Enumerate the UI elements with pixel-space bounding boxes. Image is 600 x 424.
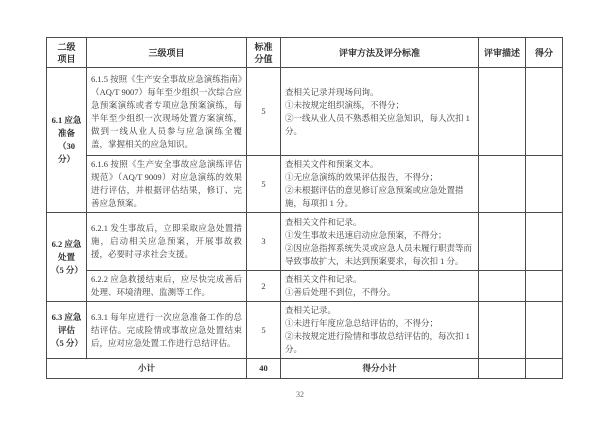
review-desc-cell xyxy=(479,156,526,213)
points-cell xyxy=(526,359,563,379)
points-cell xyxy=(526,156,563,213)
header-standard-score: 标准 分值 xyxy=(247,38,281,68)
review-desc-cell xyxy=(479,68,526,156)
criteria-6-1-6: 查相关文件和预案文本。 ①无应急演练的效果评估报告，不得分； ②未根据评估的意见… xyxy=(281,156,479,213)
score-6-3-1: 5 xyxy=(247,302,281,359)
criteria-6-3-1: 查相关记录。 ①未进行年度应急总结评估的，不得分； ②未按规定进行险情和事故总结… xyxy=(281,302,479,359)
criteria-6-2-2: 查相关文件和记录。 ①善后处理不到位，不得分。 xyxy=(281,271,479,302)
item-6-2-1: 6.2.1 发生事故后，立即采取应急处置措施，启动相关应急预案，开展事故救援，必… xyxy=(87,213,247,271)
item-6-1-6: 6.1.6 按照《生产安全事故应急演练评估规范》（AQ/T 9009）对应急演练… xyxy=(87,156,247,213)
table-row: 6.2.2 应急救援结束后，应尽快完成善后处理、环境清理、监测等工作。 2 查相… xyxy=(47,271,563,302)
header-level2-project: 二级 项目 xyxy=(47,38,87,68)
table-row: 6.1 应急 准备 （30 分） 6.1.5 按照《生产安全事故应急演练指南》（… xyxy=(47,68,563,156)
criteria-6-2-1: 查相关文件和记录。 ①发生事故未迅速启动应急预案，不得分； ②因应急指挥系统失灵… xyxy=(281,213,479,271)
score-6-1-5: 5 xyxy=(247,68,281,156)
header-review-method: 评审方法及评分标准 xyxy=(281,38,479,68)
header-review-description: 评审描述 xyxy=(479,38,526,68)
category-6-3: 6.3 应急 评估 （5 分） xyxy=(47,302,87,359)
category-6-2: 6.2 应急 处置 （5 分） xyxy=(47,213,87,302)
subtotal-value: 40 xyxy=(247,359,281,379)
item-6-2-2: 6.2.2 应急救援结束后，应尽快完成善后处理、环境清理、监测等工作。 xyxy=(87,271,247,302)
header-points: 得分 xyxy=(526,38,563,68)
category-6-1: 6.1 应急 准备 （30 分） xyxy=(47,68,87,213)
review-desc-cell xyxy=(479,302,526,359)
header-level3-project: 三级项目 xyxy=(87,38,247,68)
table-row: 6.1.6 按照《生产安全事故应急演练评估规范》（AQ/T 9009）对应急演练… xyxy=(47,156,563,213)
points-subtotal-label: 得分小计 xyxy=(281,359,479,379)
item-6-3-1: 6.3.1 每年应进行一次应急准备工作的总结评估。完成险情或事故应急处置结束后，… xyxy=(87,302,247,359)
score-6-1-6: 5 xyxy=(247,156,281,213)
document-page: 二级 项目 三级项目 标准 分值 评审方法及评分标准 评审描述 得分 6.1 应… xyxy=(0,0,600,424)
points-cell xyxy=(526,68,563,156)
criteria-6-1-5: 查相关记录并现场问询。 ①未按规定组织演练，不得分； ②一线从业人员不熟悉相关应… xyxy=(281,68,479,156)
assessment-table: 二级 项目 三级项目 标准 分值 评审方法及评分标准 评审描述 得分 6.1 应… xyxy=(46,37,563,379)
page-number: 32 xyxy=(0,390,600,399)
table-header-row: 二级 项目 三级项目 标准 分值 评审方法及评分标准 评审描述 得分 xyxy=(47,38,563,68)
points-cell xyxy=(526,302,563,359)
review-desc-cell xyxy=(479,359,526,379)
item-6-1-5: 6.1.5 按照《生产安全事故应急演练指南》（AQ/T 9007）每年至少组织一… xyxy=(87,68,247,156)
points-cell xyxy=(526,213,563,271)
subtotal-row: 小计 40 得分小计 xyxy=(47,359,563,379)
points-cell xyxy=(526,271,563,302)
review-desc-cell xyxy=(479,271,526,302)
score-6-2-1: 3 xyxy=(247,213,281,271)
table-row: 6.2 应急 处置 （5 分） 6.2.1 发生事故后，立即采取应急处置措施，启… xyxy=(47,213,563,271)
table-row: 6.3 应急 评估 （5 分） 6.3.1 每年应进行一次应急准备工作的总结评估… xyxy=(47,302,563,359)
score-6-2-2: 2 xyxy=(247,271,281,302)
subtotal-label: 小计 xyxy=(47,359,247,379)
review-desc-cell xyxy=(479,213,526,271)
